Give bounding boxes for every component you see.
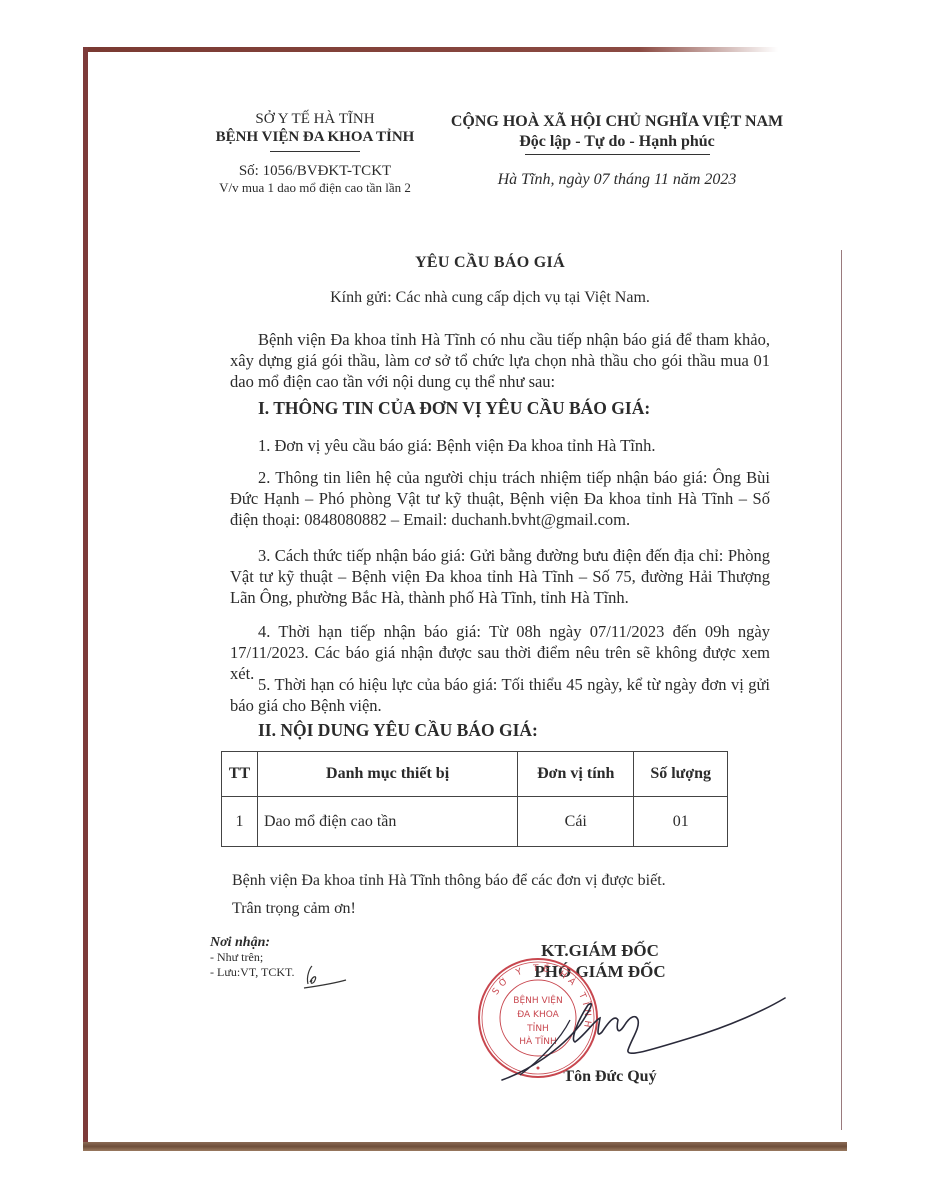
place-date: Hà Tĩnh, ngày 07 tháng 11 năm 2023 (432, 170, 802, 190)
agency-name: SỞ Y TẾ HÀ TĨNH (190, 110, 440, 128)
country-name: CỘNG HOÀ XÃ HỘI CHỦ NGHĨA VIỆT NAM (432, 112, 802, 132)
header-tt: TT (222, 752, 258, 797)
info-item-3-text: 3. Cách thức tiếp nhận báo giá: Gửi bằng… (230, 546, 770, 607)
document-number: Số: 1056/BVĐKT-TCKT (190, 162, 440, 180)
cell-tt: 1 (222, 797, 258, 847)
document-title: YÊU CẦU BÁO GIÁ (200, 254, 780, 272)
info-item-5: 5. Thời hạn có hiệu lực của báo giá: Tối… (230, 674, 770, 716)
recipient-item: - Lưu:VT, TCKT. (210, 965, 295, 980)
info-item-5-text: 5. Thời hạn có hiệu lực của báo giá: Tối… (230, 675, 770, 715)
intro-paragraph: Bệnh viện Đa khoa tỉnh Hà Tĩnh có nhu cầ… (230, 329, 770, 392)
issuer-underline (270, 151, 360, 152)
recipient-item: - Như trên; (210, 950, 295, 965)
header-item: Danh mục thiết bị (257, 752, 517, 797)
motto-underline (525, 154, 710, 155)
intro-text: Bệnh viện Đa khoa tỉnh Hà Tĩnh có nhu cầ… (230, 330, 770, 391)
recipients-block: Nơi nhận: - Như trên; - Lưu:VT, TCKT. (210, 935, 295, 980)
recipient-line: Kính gửi: Các nhà cung cấp dịch vụ tại V… (200, 289, 780, 307)
quote-items-table: TT Danh mục thiết bị Đơn vị tính Số lượn… (221, 751, 728, 847)
section-1-heading: I. THÔNG TIN CỦA ĐƠN VỊ YÊU CẦU BÁO GIÁ: (258, 398, 650, 419)
cell-item: Dao mổ điện cao tần (257, 797, 517, 847)
national-header: CỘNG HOÀ XÃ HỘI CHỦ NGHĨA VIỆT NAM Độc l… (432, 112, 802, 190)
info-item-1: 1. Đơn vị yêu cầu báo giá: Bệnh viện Đa … (258, 436, 655, 456)
handwritten-signature-icon (500, 980, 790, 1090)
national-motto: Độc lập - Tự do - Hạnh phúc (432, 132, 802, 152)
closing-notice: Bệnh viện Đa khoa tỉnh Hà Tĩnh thông báo… (232, 872, 666, 890)
section-2-heading: II. NỘI DUNG YÊU CẦU BÁO GIÁ: (258, 720, 538, 741)
page-frame-left (83, 47, 88, 1151)
info-item-2: 2. Thông tin liên hệ của người chịu trác… (230, 467, 770, 530)
recipients-heading: Nơi nhận: (210, 935, 295, 950)
issuer-block: SỞ Y TẾ HÀ TĨNH BỆNH VIỆN ĐA KHOA TỈNH S… (190, 110, 440, 196)
table-row: 1 Dao mổ điện cao tần Cái 01 (222, 797, 728, 847)
table-header-row: TT Danh mục thiết bị Đơn vị tính Số lượn… (222, 752, 728, 797)
cell-unit: Cái (518, 797, 634, 847)
page-frame-top (83, 47, 778, 52)
page-frame-bottom (83, 1142, 847, 1151)
organization-name: BỆNH VIỆN ĐA KHOA TỈNH (190, 128, 440, 147)
cell-quantity: 01 (634, 797, 728, 847)
page-frame-right (841, 250, 842, 1130)
header-quantity: Số lượng (634, 752, 728, 797)
header-unit: Đơn vị tính (518, 752, 634, 797)
info-item-3: 3. Cách thức tiếp nhận báo giá: Gửi bằng… (230, 545, 770, 608)
initial-mark-icon (300, 962, 350, 992)
closing-thanks: Trân trọng cảm ơn! (232, 900, 356, 918)
info-item-2-text: 2. Thông tin liên hệ của người chịu trác… (230, 468, 770, 529)
document-subject: V/v mua 1 dao mổ điện cao tần lần 2 (190, 180, 440, 196)
